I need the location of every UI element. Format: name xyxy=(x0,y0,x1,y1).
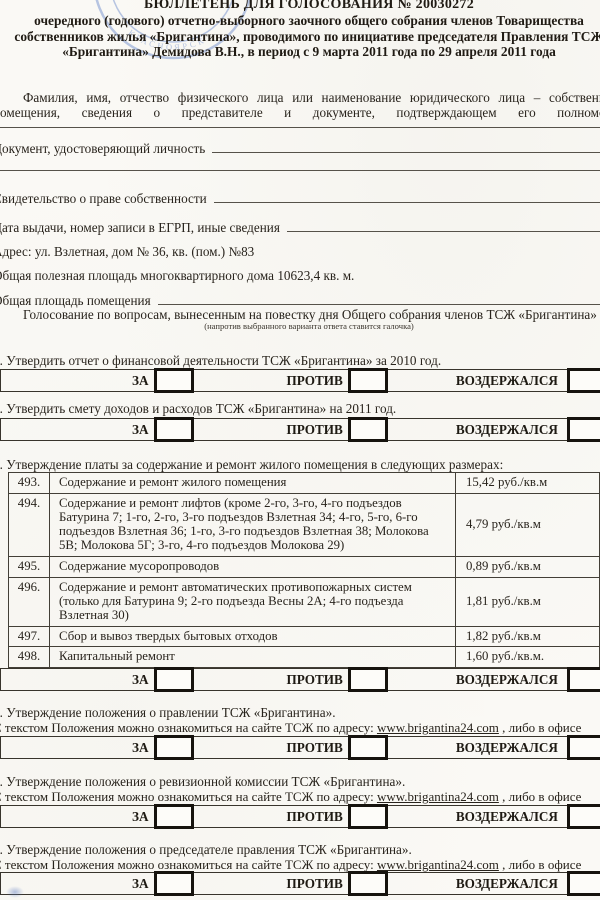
fee-description-cell: Содержание и ремонт автоматических проти… xyxy=(50,577,456,626)
ballot-document: КРАСНОЯРСК БЮЛЛЕТЕНЬ ДЛЯ ГОЛОСОВАНИЯ № 2… xyxy=(0,0,600,895)
fee-rate-cell: 4,79 руб./кв.м xyxy=(456,494,600,557)
vote-option-vozderzhalsya-label: ВОЗДЕРЖАЛСЯ xyxy=(456,373,558,389)
question-4-text: 4. Утверждение положения о правлении ТСЖ… xyxy=(0,705,600,720)
regulation-info-prefix: С текстом Положения можно ознакомиться н… xyxy=(0,857,377,872)
fee-row: 498. Капитальный ремонт 1,60 руб./кв.м. xyxy=(9,647,600,668)
ballot-subtitle-line-2: собственников жилья «Бригантина», провод… xyxy=(0,29,600,45)
ballot-subtitle-line-3: «Бригантина» Демидова В.Н., в период с 9… xyxy=(0,44,600,60)
ballot-header: БЮЛЛЕТЕНЬ ДЛЯ ГОЛОСОВАНИЯ № 20030272 оче… xyxy=(0,0,600,60)
vote-checkbox-za[interactable] xyxy=(154,417,194,442)
vote-option-protiv-label: ПРОТИВ xyxy=(286,373,342,389)
regulation-info-prefix: С текстом Положения можно ознакомиться н… xyxy=(0,720,377,735)
voting-instruction-note: (напротив выбранного варианта ответа ста… xyxy=(0,322,600,331)
vote-option-protiv-label: ПРОТИВ xyxy=(286,740,342,756)
fee-row: 494. Содержание и ремонт лифтов (кроме 2… xyxy=(9,494,600,557)
question-6-text: 6. Утверждение положения о председателе … xyxy=(0,842,600,857)
field-identity-document-label: Документ, удостоверяющий личность xyxy=(0,142,212,156)
vote-option-vozderzhalsya-label: ВОЗДЕРЖАЛСЯ xyxy=(456,672,558,688)
question-2-text: 2. Утвердить смету доходов и расходов ТС… xyxy=(0,401,600,416)
field-room-area-input-line[interactable] xyxy=(158,292,600,305)
vote-checkbox-za[interactable] xyxy=(154,804,194,829)
vote-checkbox-za[interactable] xyxy=(154,871,194,896)
fee-description-cell: Содержание мусоропроводов xyxy=(50,556,456,577)
fee-rate-cell: 1,81 руб./кв.м xyxy=(456,577,600,626)
regulation-info-line: С текстом Положения можно ознакомиться н… xyxy=(0,720,600,735)
vote-option-za-label: ЗА xyxy=(132,809,148,825)
fees-table: 493. Содержание и ремонт жилого помещени… xyxy=(8,472,600,668)
fee-description-cell: Содержание и ремонт лифтов (кроме 2-го, … xyxy=(50,494,456,557)
field-egrp-record-label: Дата выдачи, номер записи в ЕГРП, иные с… xyxy=(0,221,287,235)
voting-section-heading: Голосование по вопросам, вынесенным на п… xyxy=(0,308,600,322)
website-link[interactable]: www.brigantina24.com xyxy=(377,720,499,735)
field-room-area: Общая площадь помещения xyxy=(0,292,600,308)
fee-number-cell: 494. xyxy=(9,494,50,557)
question-3-text: 3. Утверждение платы за содержание и рем… xyxy=(0,457,600,472)
fee-rate-cell: 15,42 руб./кв.м xyxy=(456,473,600,494)
vote-option-za-label: ЗА xyxy=(132,373,148,389)
vote-option-za-label: ЗА xyxy=(132,422,148,438)
vote-checkbox-protiv[interactable] xyxy=(348,804,388,829)
fee-row: 493. Содержание и ремонт жилого помещени… xyxy=(9,473,600,494)
field-identity-document-input-line[interactable] xyxy=(212,140,600,153)
vote-checkbox-vozderzhalsya[interactable] xyxy=(567,871,600,896)
regulation-info-suffix: , либо в офисе xyxy=(499,857,582,872)
vote-option-protiv-label: ПРОТИВ xyxy=(286,672,342,688)
vote-checkbox-za[interactable] xyxy=(154,368,194,393)
fee-number-cell: 495. xyxy=(9,556,50,577)
vote-checkbox-vozderzhalsya[interactable] xyxy=(567,735,600,760)
blank-write-in-line[interactable] xyxy=(0,170,600,171)
vote-checkbox-protiv[interactable] xyxy=(348,735,388,760)
website-link[interactable]: www.brigantina24.com xyxy=(377,857,499,872)
vote-option-za-label: ЗА xyxy=(132,672,148,688)
vote-checkbox-vozderzhalsya[interactable] xyxy=(567,804,600,829)
field-ownership-certificate-label: Свидетельство о праве собственности xyxy=(0,192,214,206)
fee-number-cell: 493. xyxy=(9,473,50,494)
owner-info-paragraph: Фамилия, имя, отчество физического лица … xyxy=(0,91,600,120)
fee-row: 496. Содержание и ремонт автоматических … xyxy=(9,577,600,626)
field-address-value: Адрес: ул. Взлетная, дом № 36, кв. (пом.… xyxy=(0,245,261,259)
regulation-info-line: С текстом Положения можно ознакомиться н… xyxy=(0,789,600,804)
ballot-title: БЮЛЛЕТЕНЬ ДЛЯ ГОЛОСОВАНИЯ № 20030272 xyxy=(0,0,600,13)
field-building-area-value: Общая полезная площадь многоквартирного … xyxy=(0,269,361,283)
fee-rate-cell: 0,89 руб./кв.м xyxy=(456,556,600,577)
vote-checkbox-za[interactable] xyxy=(154,735,194,760)
vote-checkbox-vozderzhalsya[interactable] xyxy=(567,667,600,692)
fee-description-cell: Сбор и вывоз твердых бытовых отходов xyxy=(50,626,456,647)
ballot-subtitle-line-1: очередного (годового) отчетно-выборного … xyxy=(0,13,600,29)
regulation-info-suffix: , либо в офисе xyxy=(499,789,582,804)
vote-row-question-5: ЗА ПРОТИВ ВОЗДЕРЖАЛСЯ xyxy=(0,805,600,828)
owner-info-line-2: помещения, сведения о представителе и до… xyxy=(0,106,600,121)
ink-smudge xyxy=(6,886,24,898)
fee-rate-cell: 1,60 руб./кв.м. xyxy=(456,647,600,668)
vote-option-vozderzhalsya-label: ВОЗДЕРЖАЛСЯ xyxy=(456,809,558,825)
fee-number-cell: 497. xyxy=(9,626,50,647)
vote-row-question-3: ЗА ПРОТИВ ВОЗДЕРЖАЛСЯ xyxy=(0,668,600,691)
fee-description-cell: Капитальный ремонт xyxy=(50,647,456,668)
field-egrp-record-input-line[interactable] xyxy=(287,219,600,232)
fee-number-cell: 498. xyxy=(9,647,50,668)
regulation-info-line: С текстом Положения можно ознакомиться н… xyxy=(0,857,600,872)
field-egrp-record: Дата выдачи, номер записи в ЕГРП, иные с… xyxy=(0,219,600,235)
vote-checkbox-protiv[interactable] xyxy=(348,368,388,393)
regulation-info-prefix: С текстом Положения можно ознакомиться н… xyxy=(0,789,377,804)
regulation-info-suffix: , либо в офисе xyxy=(499,720,582,735)
question-1-text: 1. Утвердить отчет о финансовой деятельн… xyxy=(0,353,600,368)
vote-option-protiv-label: ПРОТИВ xyxy=(286,876,342,892)
vote-checkbox-za[interactable] xyxy=(154,667,194,692)
vote-checkbox-protiv[interactable] xyxy=(348,871,388,896)
blank-write-in-line[interactable] xyxy=(0,127,600,128)
vote-option-za-label: ЗА xyxy=(132,740,148,756)
field-ownership-certificate-input-line[interactable] xyxy=(214,190,600,203)
field-building-area: Общая полезная площадь многоквартирного … xyxy=(0,269,600,283)
vote-option-za-label: ЗА xyxy=(132,876,148,892)
vote-row-question-1: ЗА ПРОТИВ ВОЗДЕРЖАЛСЯ xyxy=(0,369,600,392)
vote-checkbox-protiv[interactable] xyxy=(348,417,388,442)
vote-option-vozderzhalsya-label: ВОЗДЕРЖАЛСЯ xyxy=(456,422,558,438)
website-link[interactable]: www.brigantina24.com xyxy=(377,789,499,804)
vote-checkbox-protiv[interactable] xyxy=(348,667,388,692)
fee-number-cell: 496. xyxy=(9,577,50,626)
vote-checkbox-vozderzhalsya[interactable] xyxy=(567,417,600,442)
field-room-area-label: Общая площадь помещения xyxy=(0,294,158,308)
question-5-text: 5. Утверждение положения о ревизионной к… xyxy=(0,774,600,789)
vote-row-question-2: ЗА ПРОТИВ ВОЗДЕРЖАЛСЯ xyxy=(0,418,600,441)
vote-option-vozderzhalsya-label: ВОЗДЕРЖАЛСЯ xyxy=(456,876,558,892)
field-ownership-certificate: Свидетельство о праве собственности xyxy=(0,190,600,206)
fee-row: 497. Сбор и вывоз твердых бытовых отходо… xyxy=(9,626,600,647)
fee-row: 495. Содержание мусоропроводов 0,89 руб.… xyxy=(9,556,600,577)
field-identity-document: Документ, удостоверяющий личность xyxy=(0,140,600,156)
fee-description-cell: Содержание и ремонт жилого помещения xyxy=(50,473,456,494)
field-address: Адрес: ул. Взлетная, дом № 36, кв. (пом.… xyxy=(0,245,600,259)
vote-row-question-4: ЗА ПРОТИВ ВОЗДЕРЖАЛСЯ xyxy=(0,736,600,759)
fee-rate-cell: 1,82 руб./кв.м xyxy=(456,626,600,647)
owner-info-line-1: Фамилия, имя, отчество физического лица … xyxy=(0,91,600,106)
vote-row-question-6: ЗА ПРОТИВ ВОЗДЕРЖАЛСЯ xyxy=(0,872,600,895)
vote-option-protiv-label: ПРОТИВ xyxy=(286,809,342,825)
vote-checkbox-vozderzhalsya[interactable] xyxy=(567,368,600,393)
vote-option-protiv-label: ПРОТИВ xyxy=(286,422,342,438)
vote-option-vozderzhalsya-label: ВОЗДЕРЖАЛСЯ xyxy=(456,740,558,756)
